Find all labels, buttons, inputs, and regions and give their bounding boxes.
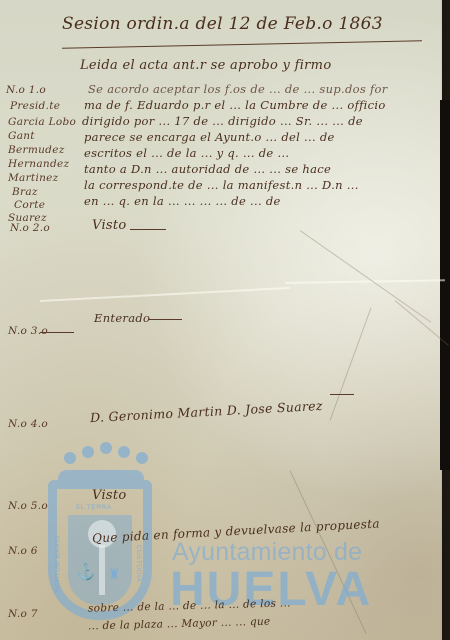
background-gap (440, 100, 450, 470)
entry-number: N.o 5.o (8, 500, 48, 512)
entry-line: Se acordo aceptar los f.os de ... de ...… (88, 82, 388, 96)
entry-number: N.o 7 (8, 608, 38, 620)
entry-line: dirigido por ... 17 de ... dirigido ... … (82, 114, 363, 128)
entry-dash (330, 394, 354, 395)
intro-line: Leida el acta ant.r se aprobo y firmo (80, 58, 331, 73)
entry-line: Visto (92, 218, 127, 233)
entry-line: Enterado (94, 311, 150, 325)
margin-name: Gant (8, 130, 35, 142)
crown-ornament (64, 452, 76, 464)
entry-dash (130, 229, 166, 230)
entry-dash (40, 332, 74, 333)
entry-line: en ... q. en la ... ... ... ... de ... d… (84, 194, 281, 208)
margin-name: Martinez (8, 172, 59, 184)
entry-line: escritos el ... de la ... y q. ... de ..… (84, 146, 289, 160)
entry-number: N.o 3.o (8, 325, 48, 337)
margin-name: Braz (12, 186, 38, 198)
entry-number: N.o 2.o (10, 222, 50, 234)
entry-line: ma de f. Eduardo p.r el ... la Cumbre de… (84, 98, 386, 112)
entry-number: N.o 6 (8, 545, 38, 557)
crest-right-text: CUSTODIA (135, 545, 142, 582)
entry-line: la correspond.te de ... la manifest.n ..… (84, 178, 359, 192)
entry-line: tanto a D.n ... autoridad de ... ... se … (84, 162, 331, 176)
entry-dash (148, 319, 182, 320)
crest-band-text: EL TERRA (76, 504, 111, 511)
crest-left-text: PORTUM MARIS (55, 535, 62, 591)
entry-number: N.o 4.o (8, 418, 48, 430)
entry-line: parece se encarga el Ayunt.o ... del ...… (84, 130, 335, 144)
crown-ornament (118, 446, 130, 458)
margin-name: Presid.te (10, 100, 60, 112)
tree-trunk (99, 545, 105, 595)
margin-name: Bermudez (8, 144, 65, 156)
entry-line: Visto (92, 488, 127, 503)
crown-band (58, 470, 144, 480)
crown-ornament (82, 446, 94, 458)
tower-icon: ♜ (108, 566, 121, 583)
entry-number: N.o 1.o (6, 84, 46, 96)
margin-name: Corte (14, 199, 45, 211)
crown-ornament (100, 442, 112, 454)
anchor-icon: ⚓ (76, 562, 96, 582)
crown-ornament (136, 452, 148, 464)
margin-name: Garcia Lobo (8, 116, 76, 128)
margin-name: Hernandez (8, 158, 69, 170)
session-header: Sesion ordin.a del 12 de Feb.o 1863 (62, 14, 383, 34)
